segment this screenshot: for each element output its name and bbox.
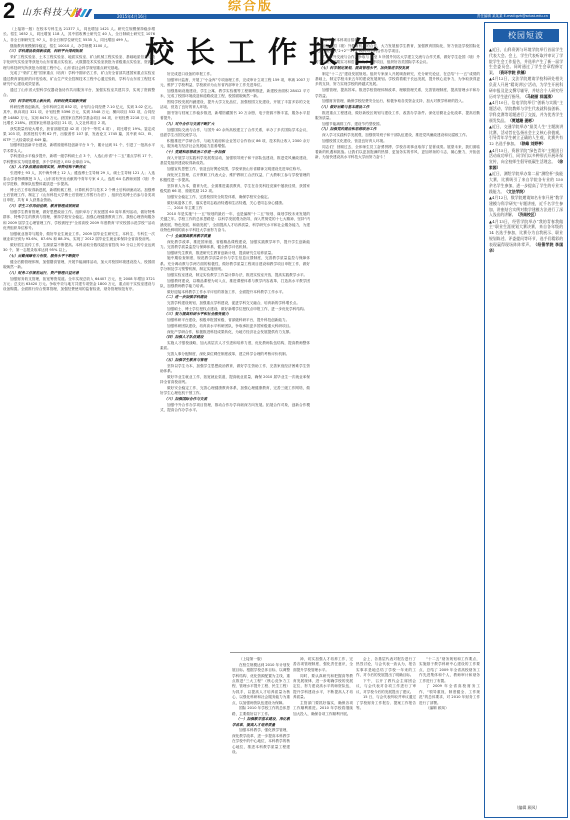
article-paragraph: 加强宣传思想工作，营造良好舆论氛围，学校荣获山东省精神文明建设先进单位称号。 [160,167,310,172]
article-paragraph: 加强安全稳定工作，完善校园安全防控体系，确保学校安全稳定。 [160,195,310,200]
sidebar-editor-note: （编辑 顾凤） [485,805,569,811]
article-paragraph: 次，做好本科项目招标工作。 [315,38,480,43]
article-column-1: （上接第一版）在校本专科生达 21377 人，同比增加 1421 人。研究生规模… [3,27,155,817]
article-paragraph: 深入学习实践科学发展观，加强领导班子和干部队伍建设，推进党风廉政建设和反腐败工作… [315,133,480,138]
article-paragraph: 下午，召开了教代会主席团会议，与会代表对各项工作进行了审议，对学校今后的发展提出… [356,679,416,695]
article-paragraph: 好完成进口设备的申报工作。 [160,72,310,77]
article-paragraph: 加强学生教育管理，做好思想政治工作。组织举办了庆祝建国 60 周年系列活动，做好… [3,210,155,232]
article-paragraph: 加强财务收支管理，拓宽筹资渠道。全年实现总收入 64407 万元，比 2008 … [3,277,155,293]
article-paragraph: 加强基础设施建设，学生公寓、教学实验楼等工程顺利推进，新建校舍面积 28412 … [160,89,310,100]
article-paragraph: （编辑 顾凤） [419,706,480,711]
article-paragraph: 加强财务管理，确保学校经费安全运行，积极争取各类资金支持，加大对教学科研的投入。 [315,99,480,104]
article-paragraph: （一）加强教学基本建设，深化教学改革，提高人才培养质量 [232,717,290,728]
article-paragraph: 图书馆与档案工作稳步推进，新增馆藏图书 10 万余册，电子资源不断丰富，服务水平… [160,111,310,122]
article-paragraph: 通过了山东省大型科学仪器设备协作共用服务平台，加强实验室共建共享，实现了资源整合… [3,88,155,99]
news-brief: ▲4月15日，资源学院“绿色青年”主题团日活动成功举行，同学们以多种形式开展环保… [489,148,563,171]
news-brief: ▲近日，交通学院举办“最美人生”主题演讲比赛，活动旨在弘扬社会主义核心价值观，引… [489,124,563,147]
sidebar-title: 校园短波 [493,29,559,42]
article-paragraph: 主管部门要抓好落实，确保各项工作顺利推进。2010 年学校将继续加大投入，确保各… [293,701,353,717]
section-divider [230,652,480,653]
article-paragraph: 15 日，与会代表听取并审议通过了学校财务工作报告、提案工作报告等。 [356,695,416,711]
news-brief-source: （资环学院 供稿） [497,70,529,75]
lower-article-column-2: 神，切实加强人才培养工作，完善各项管理制度，强化责任意识，全面提升学校管理水平。… [293,657,353,817]
article-paragraph: （四）科学研究再上新台阶，科研经费实现新突破 [3,99,155,104]
news-brief: ▲4月10日，信电学院举行“创新与实践”主题活动，学院教师与学生代表就科技创新、… [489,100,563,123]
article-paragraph: （六）学生工作再创佳绩，教育管理成效明显 [3,204,155,209]
article-paragraph: （九）对外合作与交流不断扩大 [160,122,310,127]
news-brief-source: （济南校区） [516,212,539,217]
article-paragraph: 完善人事分配制度，深化岗位聘任制度改革，建立科学合理的考核评价机制。 [160,352,310,357]
article-paragraph: （五）加强学生教育与管理 [160,358,310,363]
article-paragraph: 在校生规模达到 2010 年计划发展目标。根据学校总体目标，以调整学科结构、优化… [232,663,290,706]
article-paragraph: （七）科学制定规划，提高管理水平，加快推进学校发展 [315,66,480,71]
news-brief-source: （文法学院） [504,189,527,194]
article-paragraph: （上接第一版） [232,657,290,662]
campus-news-sidebar: 校园短波 ▲近日，山科资源与环境学院举行首届学生代表大会。会上，学生代表听取并审… [484,22,568,818]
article-paragraph: （六）加强国际合作与交流 [160,397,310,402]
article-paragraph: （二）进一步加强学科建设 [160,295,310,300]
news-brief: ▲近日，山科资源与环境学院举行首届学生代表大会。会上，学生代表听取并审议了学院学… [489,47,563,76]
article-paragraph: 科研经费再创新高，全年科研立项 852 项，计划与合同经费 7.10 亿元，实到… [3,105,155,127]
news-brief-source: （马晓丽 祥国清） [523,94,555,99]
article-paragraph: 同时，要认真研究和把握高等教育发展规律，进一步明确学校的发展定位，努力建设高水平… [293,674,353,701]
news-brief-source: （贾越珊 姜彬） [508,118,536,123]
article-paragraph: （一）全面提高教育教学质量 [160,234,310,239]
article-paragraph: 完成了“采矿工程”国家重点（培育）学科中期评估工作，矿山安全省部共建国家重点实验… [3,71,155,87]
article-paragraph: （八）做好后勤与基本建设工作 [315,105,480,110]
article-paragraph: （十）党建和思想政治工作进一步加强 [160,150,310,155]
article-paragraph: （四）加强人才队伍建设 [160,335,310,340]
article-paragraph: 积极推进产学研合作，与地方政府和企业签订合作协议 86 项，技术转让收入 230… [160,139,310,150]
masthead: 2 山东科技大报 2015年4月16日 综合版 责任编辑 某某某 E-mail:… [0,0,570,22]
issue-date: 2015年4月16日 [117,14,147,19]
article-paragraph: 神，切实加强人才培养工作，完善各项管理制度，强化责任意识，全面提升学校管理水平。 [293,657,353,673]
article-paragraph: 推进重点工程建设，做好新校区规划与建设工作，改善办学条件。深化后勤社会化改革，提… [315,111,480,122]
article-paragraph: （三）学科建设取得新成就，科研平台得到拓展 [3,49,155,54]
article-paragraph: 加强科研平台建设，积极申报国家级、省部级科研平台，提升科技创新能力。 [160,318,310,323]
article-paragraph: “十二五”财务规划和工作要点，实施基于教学科研中心建设的工作要点，总结了 200… [419,657,480,684]
article-paragraph: 学科建设水平稳步提升，新增一级学科硕士点 3 个，入选山东省“十二五”重点学科 … [3,154,155,165]
article-paragraph: 加强实验室建设，制定实验教学工作量计算办法，推进实验室开放，提高实践教学水平。 [160,273,310,278]
article-paragraph: 二、2010 年主要工作 [160,206,310,211]
article-paragraph: 深入开展学习实践科学发展观活动，加强领导班子和干部队伍建设，推进党风廉政建设，基… [160,156,310,167]
article-paragraph: 加强审计监督，开展了“小金库”专项治理工作，完成审计立项工程 159 项，审减 … [160,78,310,89]
article-paragraph: 了 2009 年全省高校财务工作，“领导重视、制度健全、工作规范”的总体要求，对… [419,684,480,706]
decorative-stripes-icon [70,9,94,17]
lower-article-column-3: 会上，各基层代表对报告进行了热烈讨论，与会代表一致认为，报告实事求是地总结了学校… [356,657,416,817]
article-paragraph: 加强科研团队建设，培育高水平科研团队，争取承担更多国家级重大科研项目。 [160,324,310,329]
news-brief-source: （铁峰 刘野亭） [518,141,546,146]
article-paragraph: 完善学科建设规划，加强重点学科建设，促进学科交叉融合，培育新的学科增长点。 [160,301,310,306]
article-paragraph: 加强校园文化建设，营造良好育人环境。 [315,139,480,144]
news-brief: ▲近日，测绘学院举办第二届“测绘杯”技能大赛，比赛吸引了来自学院各专业的 150… [489,171,563,194]
article-paragraph: （七）后勤保障有力有效，服务水平不断提升 [3,254,155,259]
article-paragraph: 加强就业指导与服务，做好毕业生就业工作。2009 届毕业生研究生、本科生、专科生… [3,232,155,243]
article-paragraph: 会上，各基层代表对报告进行了热烈讨论，与会代表一致认为，报告实事求是地总结了学校… [356,657,416,679]
article-paragraph: 深化民主管理，召开教职工代表大会，维护教职工合法权益，广大教职工参与学校管理的积… [160,173,310,184]
article-paragraph: 制定“十二五”建设发展规划。组织专家深入开展调查研究，充分研究论证，在总结“十一… [315,72,480,88]
news-brief: ▲4月12日，数学院邀请知名专家开展“数学建模与科学研究”专题讲座，近千名学生参… [489,195,563,218]
editor-line: 责任编辑 某某某 E-mail:gzh@sdust.edu.cn [477,14,548,19]
article-paragraph: 加强教材建设，以精品课程为切入点，推进课程体系与教学内容改革，打造高水平教学团队… [160,279,310,290]
article-paragraph: 加强中外合作办学项目管理，推动合作办学向纵深方向发展。拓展合作对象，创新合作模式… [160,403,310,414]
article-paragraph: 加强管理，提高效率。推进学校管理体制改革，理顺管理关系，完善管理制度，提高管理水… [315,88,480,99]
page-number: 2 [3,0,15,22]
news-brief: ▲4月12日，文法学院邀请学校科研处相关负责人开展“精英讲坛”活动，为学生开展科… [489,76,563,99]
section-name: 综合版 [228,0,273,14]
article-column-4: 次，做好本科项目招标工作。加强与国（境）外教育机构的合作，大力发展留学生教育，加… [315,38,480,650]
article-paragraph: 博士后工作取得新进展，新增机械工程、计算机科学与技术 2 个博士后科研流动站。加… [3,188,155,204]
article-paragraph: 2010 年是实施“十一五”规划的最后一年，也是编制“十二五”规划、谋划学校未来… [160,212,310,234]
article-paragraph: 同志们！回顾过去，全体师生员工奋勇拼搏，学校各项事业取得了显著成绩。展望未来，我… [315,145,480,161]
lower-article-column-1: （上接第一版）在校生规模达到 2010 年计划发展目标。根据学校总体目标，以调整… [232,657,290,817]
news-brief-text: ▲4月15日，资源学院“绿色青年”主题团日活动成功举行，同学们以多种形式开展环保… [489,148,563,165]
article-paragraph: 施中期检查制度，规范教学质量评价与学生信息反馈制度，完善教学质量监控与保障体系。… [160,256,310,272]
article-paragraph: 加强与国（境）外教育机构的合作，大力发展留学生教育，加强教育国际化，努力营造学校… [315,44,480,55]
lower-article-column-4: “十二五”财务规划和工作要点，实施基于教学科研中心建设的工作要点，总结了 200… [419,657,480,817]
article-paragraph: 做好招生宣传工作，生源质量不断提高。本科录取分数线超出省控线 50 分以上的专业… [3,243,155,254]
article-paragraph: 做好毕业生就业工作，拓宽就业渠道，提高就业质量，确保 2010 届毕业生一次就业… [160,375,310,386]
article-paragraph: 坚持育人为本，德育为先，全面推进素质教育，学生在各类科技竞赛中屡获佳绩，获国家级… [160,184,310,195]
article-paragraph: 实施人才强校战略，加大高层次人才引进和培养力度，优化教师队伍结构，提高教师整体素… [160,341,310,352]
sidebar-news-list: ▲近日，山科资源与环境学院举行首届学生代表大会。会上，学生代表听取并审议了学院学… [489,47,563,813]
article-paragraph: 围绕学校发展内涵建设，提升大学文化品位，加强校园文化建设，开展了丰富多彩的文化活… [160,100,310,111]
article-paragraph: 获奖数量有较大增长，获省部级奖励 42 项（其中一等奖 4 项），同比增长 19… [3,127,155,143]
article-paragraph: （上接第一版）在校本专科生达 21377 人，同比增加 1421 人。研究生规模… [3,27,155,43]
article-paragraph: 引进博士 93 人，其中海外博士 12 人；遴选博士生导师 29 人、硕士生导师… [3,171,155,187]
article-paragraph: 坚持以学生为本，加强学生思想政治教育，做好学生资助工作，完善家庭经济困难学生资助… [160,364,310,375]
article-paragraph: 采矿工程实验室、土木工程实验室、地质实验室、矿山机械工程实验室、基础地质信息与数… [3,55,155,71]
article-paragraph: 国际 2010 年学校工作的总体思路，主要做好以下工作。 [232,706,290,717]
article-paragraph: 健全后勤管理体制，加强膳食管理，开展节能减排活动，加大对校园环境建设投入，校园面… [3,260,155,271]
article-paragraph: 扩大对外交流与合作，争取与 3 至 5 所国外知名大学建立交流与合作关系，做好学… [315,55,480,66]
article-paragraph: 加强科技创新平台建设，新增省级科技创新平台 5 个，累计达到 51 个，引进了一… [3,143,155,154]
article-paragraph: （八）财务工作规范运行，资产管理日益完善 [3,271,155,276]
article-paragraph: 深化教学改革，推进国家级、省级精品课程建设，加强实践教学环节，提升学生创新能力。… [160,240,310,251]
article-paragraph: 做好安全稳定工作，完善心理健康教育体系，加强心理健康教育，完善三级工作网络，做好… [160,386,310,397]
article-paragraph: 加强国际交流与合作，与国外 40 余所高校建立了合作关系，举办了多次国际学术会议… [160,128,310,139]
article-paragraph: 加强本科教学，强化教学管理，深化教学改革，进一步提高本科教学在学校中的中心地位，… [232,728,290,755]
news-brief: ▲4月13日，经管学院举办“我的青春我做主”职业生涯规划大赛决赛，来自各年级的 … [489,219,563,254]
